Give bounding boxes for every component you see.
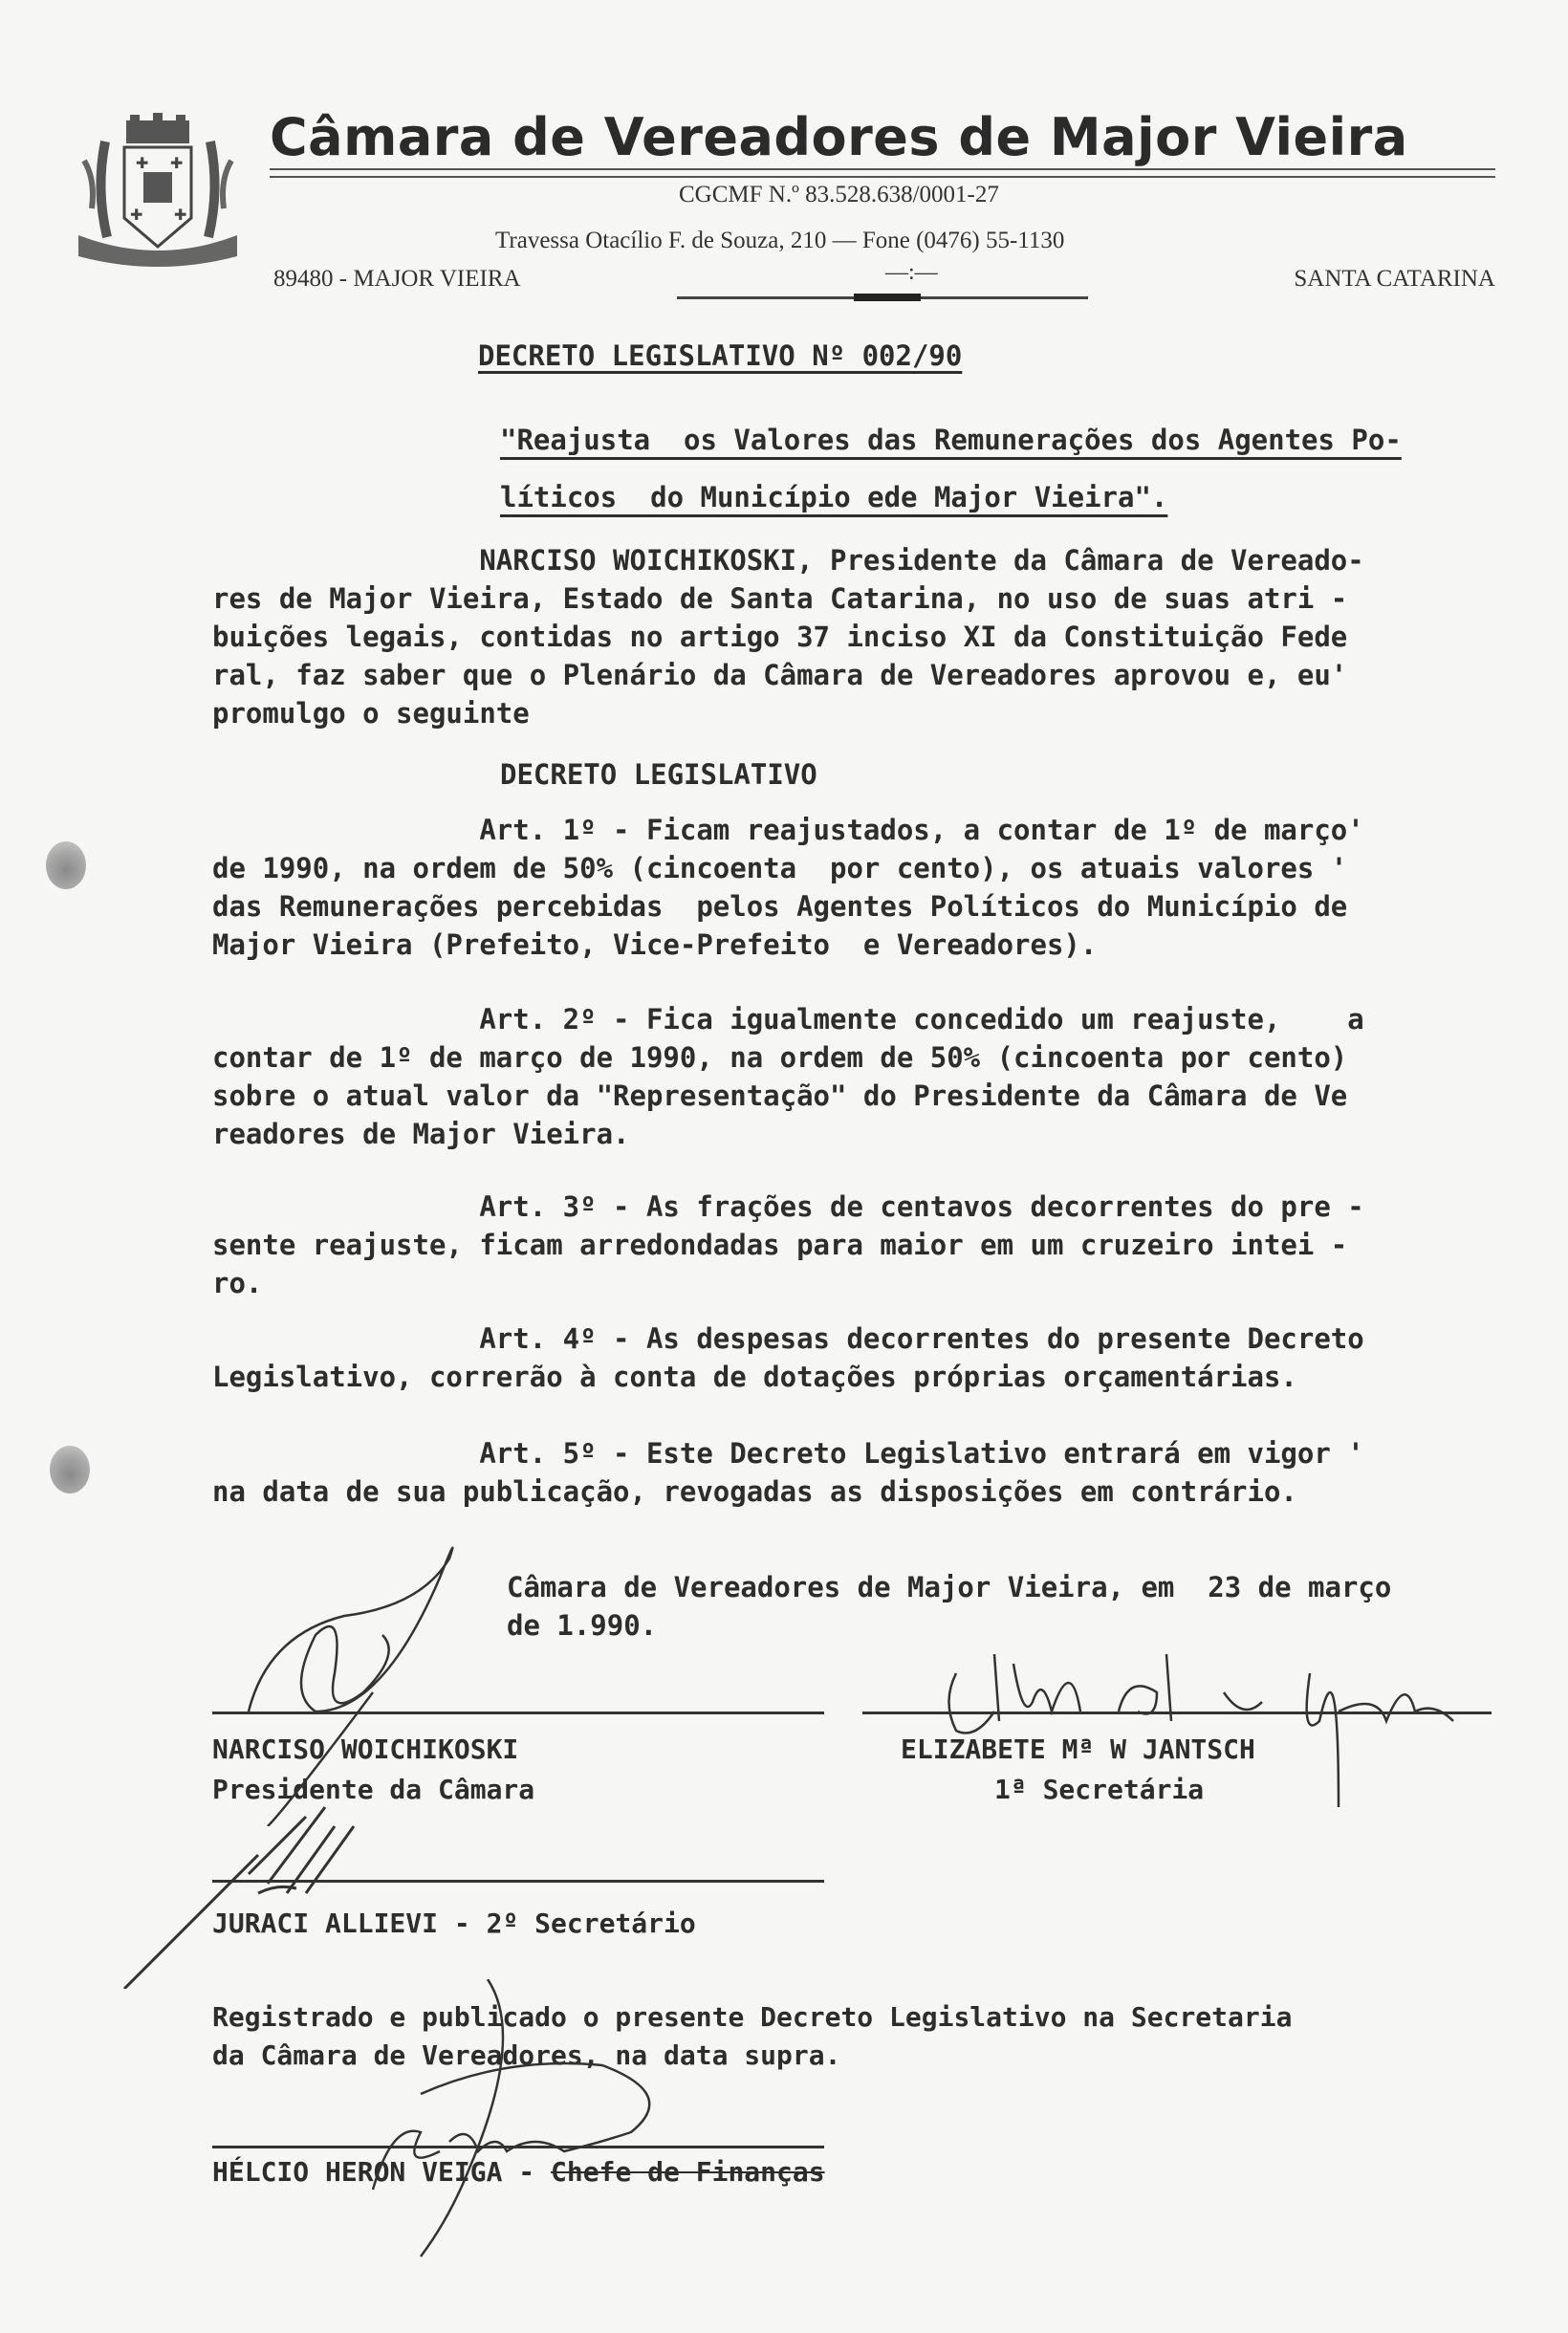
article-4: Art. 4º - As despesas decorrentes do pre…	[212, 1319, 1513, 1396]
letterhead-address: Travessa Otacílio F. de Souza, 210 — Fon…	[495, 228, 1064, 254]
handwritten-signature-second-secretary	[115, 1798, 440, 1989]
letterhead-rule	[270, 168, 1495, 178]
finance-chief-name-text: HÉLCIO HERON VEIGA -	[212, 2156, 551, 2188]
signature-line-first-secretary	[862, 1712, 1492, 1714]
letterhead-separator: —:—	[885, 260, 938, 286]
document-page: ✚ ✚ ✚ ✚ Câmara de Vereadores de Major Vi…	[0, 0, 1568, 2333]
signature-line-second-secretary	[212, 1880, 824, 1883]
svg-text:✚: ✚	[174, 206, 186, 224]
letterhead-cgc: CGCMF N.º 83.528.638/0001-27	[679, 182, 999, 208]
svg-text:✚: ✚	[170, 154, 183, 172]
finance-chief-role: Chefe de Finanças	[551, 2156, 825, 2188]
second-secretary-name: JURACI ALLIEVI - 2º Secretário	[212, 1905, 696, 1943]
letterhead-state: SANTA CATARINA	[1294, 266, 1495, 293]
president-name: NARCISO WOICHIKOSKI	[212, 1731, 518, 1769]
registration-note: Registrado e publicado o presente Decret…	[212, 1998, 1292, 2075]
first-secretary-name: ELIZABETE Mª W JANTSCH	[901, 1731, 1255, 1769]
article-3: Art. 3º - As frações de centavos decorre…	[212, 1188, 1513, 1302]
coat-of-arms-icon: ✚ ✚ ✚ ✚	[67, 113, 249, 275]
svg-text:✚: ✚	[136, 154, 148, 172]
signature-line-president	[212, 1712, 824, 1714]
punch-hole-bottom	[50, 1446, 90, 1494]
svg-text:✚: ✚	[130, 206, 142, 224]
president-role: Presidente da Câmara	[212, 1771, 534, 1809]
first-secretary-role: 1ª Secretária	[994, 1771, 1204, 1809]
article-5: Art. 5º - Este Decreto Legislativo entra…	[212, 1434, 1513, 1511]
decree-subtitle: DECRETO LEGISLATIVO	[500, 755, 1568, 794]
decree-preamble: NARCISO WOICHIKOSKI, Presidente da Câmar…	[212, 541, 1513, 732]
article-1: Art. 1º - Ficam reajustados, a contar de…	[212, 811, 1513, 964]
finance-chief-name: HÉLCIO HERON VEIGA - Chefe de Finanças	[212, 2153, 825, 2191]
letterhead-separator-rule	[677, 296, 1088, 299]
letterhead-city: 89480 - MAJOR VIEIRA	[273, 266, 521, 293]
signature-line-finance-chief	[212, 2146, 824, 2148]
letterhead-title: Câmara de Vereadores de Major Vieira	[270, 107, 1408, 167]
punch-hole-top	[46, 841, 86, 889]
closing-date: Câmara de Vereadores de Major Vieira, em…	[507, 1568, 1568, 1645]
decree-ementa: "Reajusta os Valores das Remunerações do…	[500, 411, 1568, 526]
decree-title: DECRETO LEGISLATIVO Nº 002/90	[478, 337, 1568, 375]
article-2: Art. 2º - Fica igualmente concedido um r…	[212, 1000, 1513, 1153]
